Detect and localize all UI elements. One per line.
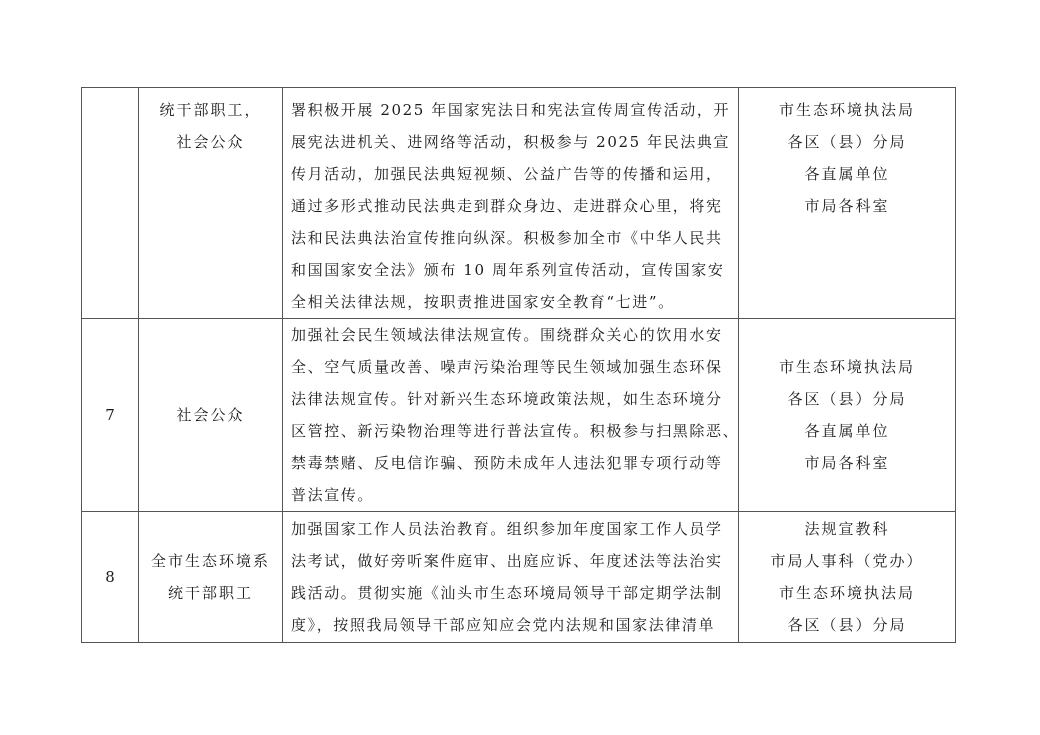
- responsible-unit-cell: 法规宣教科 市局人事科（党办） 市生态环境执法局 各区（县）分局: [739, 512, 956, 643]
- target-audience-cell: 统干部职工， 社会公众: [139, 88, 283, 319]
- content-line: 全相关法律法规，按职责推进国家安全教育“七进”。: [291, 286, 731, 318]
- content-line: 加强社会民生领域法律法规宣传。围绕群众关心的饮用水安: [291, 319, 731, 351]
- row-number: 7: [105, 406, 115, 424]
- content-line: 度》，按照我局领导干部应知应会党内法规和国家法律清单: [291, 609, 731, 641]
- responsible-unit-cell: 市生态环境执法局 各区（县）分局 各直属单位 市局各科室: [739, 88, 956, 319]
- target-line: 统干部职工，: [139, 94, 282, 126]
- table-row: 8 全市生态环境系 统干部职工 加强国家工作人员法治教育。组织参加年度国家工作人…: [82, 512, 956, 643]
- document-page: 统干部职工， 社会公众 署积极开展 2025 年国家宪法日和宪法宣传周宣传活动，…: [0, 0, 1040, 735]
- target-audience-cell: 社会公众: [139, 319, 283, 512]
- content-line: 践活动。贯彻实施《汕头市生态环境局领导干部定期学法制: [291, 577, 731, 609]
- content-line: 和国国家安全法》颁布 10 周年系列宣传活动，宣传国家安: [291, 254, 731, 286]
- unit-line: 市生态环境执法局: [739, 94, 955, 126]
- target-line: 社会公众: [139, 126, 282, 158]
- publicity-plan-table: 统干部职工， 社会公众 署积极开展 2025 年国家宪法日和宪法宣传周宣传活动，…: [81, 87, 956, 643]
- content-cell: 署积极开展 2025 年国家宪法日和宪法宣传周宣传活动，开 展宪法进机关、进网络…: [283, 88, 739, 319]
- content-line: 普法宣传。: [291, 479, 731, 511]
- row-number-cell: [82, 88, 139, 319]
- content-line: 通过多形式推动民法典走到群众身边、走进群众心里，将宪: [291, 190, 731, 222]
- row-number: 8: [105, 568, 115, 586]
- unit-line: 各直属单位: [739, 158, 955, 190]
- unit-line: 市生态环境执法局: [739, 351, 955, 383]
- content-line: 全、空气质量改善、噪声污染治理等民生领域加强生态环保: [291, 351, 731, 383]
- target-line: 统干部职工: [139, 577, 282, 609]
- unit-line: 各区（县）分局: [739, 383, 955, 415]
- content-line: 区管控、新污染物治理等进行普法宣传。积极参与扫黑除恶、: [291, 415, 731, 447]
- target-line: 社会公众: [139, 399, 282, 431]
- unit-line: 各区（县）分局: [739, 609, 955, 641]
- unit-line: 法规宣教科: [739, 513, 955, 545]
- row-number-cell: 7: [82, 319, 139, 512]
- content-line: 法考试，做好旁听案件庭审、出庭应诉、年度述法等法治实: [291, 545, 731, 577]
- target-line: 全市生态环境系: [139, 545, 282, 577]
- content-cell: 加强社会民生领域法律法规宣传。围绕群众关心的饮用水安 全、空气质量改善、噪声污染…: [283, 319, 739, 512]
- content-line: 法和民法典法治宣传推向纵深。积极参加全市《中华人民共: [291, 222, 731, 254]
- content-line: 传月活动，加强民法典短视频、公益广告等的传播和运用，: [291, 158, 731, 190]
- unit-line: 各直属单位: [739, 415, 955, 447]
- unit-line: 市生态环境执法局: [739, 577, 955, 609]
- unit-line: 各区（县）分局: [739, 126, 955, 158]
- target-audience-cell: 全市生态环境系 统干部职工: [139, 512, 283, 643]
- responsible-unit-cell: 市生态环境执法局 各区（县）分局 各直属单位 市局各科室: [739, 319, 956, 512]
- unit-line: 市局各科室: [739, 190, 955, 222]
- content-cell: 加强国家工作人员法治教育。组织参加年度国家工作人员学 法考试，做好旁听案件庭审、…: [283, 512, 739, 643]
- content-line: 展宪法进机关、进网络等活动，积极参与 2025 年民法典宣: [291, 126, 731, 158]
- content-line: 加强国家工作人员法治教育。组织参加年度国家工作人员学: [291, 513, 731, 545]
- row-number-cell: 8: [82, 512, 139, 643]
- table-row: 统干部职工， 社会公众 署积极开展 2025 年国家宪法日和宪法宣传周宣传活动，…: [82, 88, 956, 319]
- content-line: 署积极开展 2025 年国家宪法日和宪法宣传周宣传活动，开: [291, 94, 731, 126]
- unit-line: 市局各科室: [739, 447, 955, 479]
- unit-line: 市局人事科（党办）: [739, 545, 955, 577]
- content-line: 禁毒禁赌、反电信诈骗、预防未成年人违法犯罪专项行动等: [291, 447, 731, 479]
- table-row: 7 社会公众 加强社会民生领域法律法规宣传。围绕群众关心的饮用水安 全、空气质量…: [82, 319, 956, 512]
- content-line: 法律法规宣传。针对新兴生态环境政策法规，如生态环境分: [291, 383, 731, 415]
